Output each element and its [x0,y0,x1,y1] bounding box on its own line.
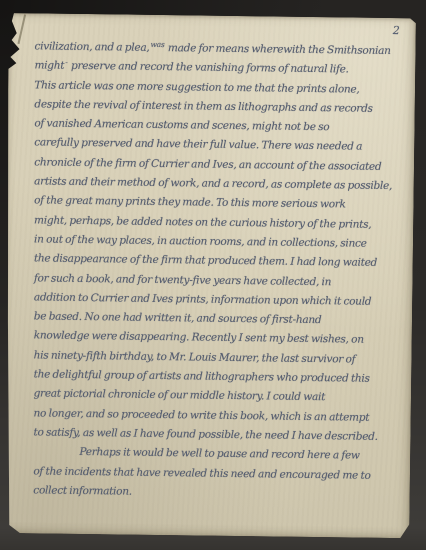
page-number: 2 [393,24,400,37]
scan-background: 2 civilization, and a plea,was made for … [0,0,426,550]
manuscript-page: 2 civilization, and a plea,was made for … [2,13,416,538]
manuscript-text: civilization, and a plea,was made for me… [29,37,407,505]
crease-mark [17,14,25,44]
